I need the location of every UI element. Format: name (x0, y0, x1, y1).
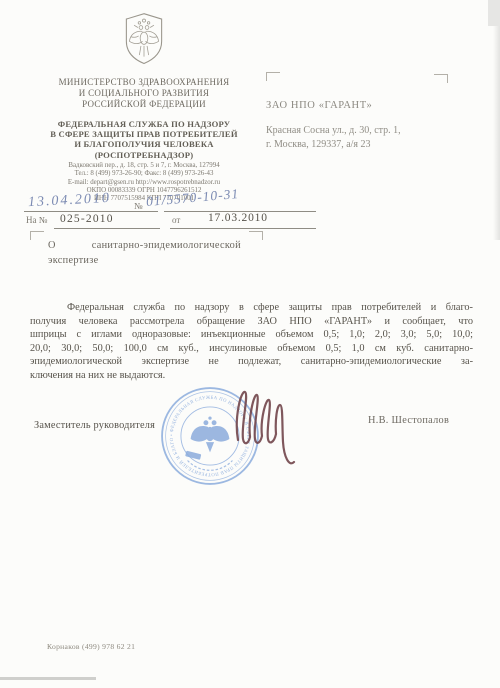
reference-block: 13.04.2010 № 01/5570-10-31 На № 025-2010… (24, 194, 296, 230)
contact-line: E-mail: depart@gsen.ru http://www.rospot… (28, 179, 260, 187)
recipient-address-line: Красная Сосна ул., д. 30, стр. 1, (266, 124, 448, 138)
body-line: шприцы с иглами одноразовые: инъекционны… (30, 328, 473, 342)
ot-label: от (172, 215, 180, 225)
body-line: получия человека рассмотрела обращение З… (30, 315, 473, 329)
corner-mark-top-right (249, 231, 263, 240)
service-line: В СФЕРЕ ЗАЩИТЫ ПРАВ ПОТРЕБИТЕЛЕЙ (28, 129, 260, 139)
service-line: И БЛАГОПОЛУЧИЯ ЧЕЛОВЕКА (28, 139, 260, 149)
subject-prefix: О (48, 240, 56, 251)
incoming-number-underline (54, 228, 160, 229)
ministry-name: МИНИСТЕРСТВО ЗДРАВООХРАНЕНИЯ И СОЦИАЛЬНО… (28, 77, 260, 110)
recipient-address-line: г. Москва, 129337, а/я 23 (266, 138, 448, 152)
body-line: 20,0; 30,0; 50,0; 100,0 см куб., инсулин… (30, 342, 473, 356)
recipient-name: ЗАО НПО «ГАРАНТ» (266, 100, 448, 111)
contact-line: Тел.: 8 (499) 973-26-90; Факс: 8 (499) 9… (28, 170, 260, 178)
ministry-line: МИНИСТЕРСТВО ЗДРАВООХРАНЕНИЯ (28, 77, 260, 88)
service-line: ФЕДЕРАЛЬНАЯ СЛУЖБА ПО НАДЗОРУ (28, 119, 260, 129)
incoming-date-underline (170, 228, 316, 229)
handwritten-outgoing-date: 13.04.2010 (28, 191, 112, 211)
russian-coat-of-arms-icon (121, 12, 167, 66)
ministry-line: РОССИЙСКОЙ ФЕДЕРАЦИИ (28, 99, 260, 110)
body-paragraph: Федеральная служба по надзору в сфере за… (30, 301, 473, 383)
letterhead: МИНИСТЕРСТВО ЗДРАВООХРАНЕНИЯ И СОЦИАЛЬНО… (28, 12, 260, 204)
signer-position: Заместитель руководителя (34, 420, 155, 431)
corner-mark-top-left (30, 231, 44, 240)
subject-block: Осанитарно-эпидемиологической экспертизе (30, 231, 263, 268)
federal-service-name: ФЕДЕРАЛЬНАЯ СЛУЖБА ПО НАДЗОРУ В СФЕРЕ ЗА… (28, 119, 260, 160)
executor-contact: Корнаков (499) 978 62 21 (47, 642, 135, 651)
service-line: (РОСПОТРЕБНАДЗОР) (28, 150, 260, 160)
signer-name: Н.В. Шестопалов (368, 415, 449, 426)
subject-text: Осанитарно-эпидемиологической экспертизе (48, 238, 263, 268)
number-sign-label: № (134, 201, 143, 211)
scanned-letter-page: МИНИСТЕРСТВО ЗДРАВООХРАНЕНИЯ И СОЦИАЛЬНО… (0, 0, 500, 688)
body-line: эпидемиологической экспертизе не подлежа… (30, 355, 473, 369)
incoming-number: 025-2010 (60, 213, 114, 225)
corner-mark-top-left (266, 72, 280, 81)
subject-line1: санитарно-эпидемиологической (92, 240, 241, 251)
incoming-date: 17.03.2010 (208, 212, 268, 224)
scan-edge-artifact (488, 0, 500, 26)
recipient-address: Красная Сосна ул., д. 30, стр. 1, г. Мос… (266, 124, 448, 151)
corner-mark-top-right (434, 74, 448, 83)
scan-edge-artifact (0, 677, 96, 680)
na-no-label: На № (26, 215, 47, 225)
ministry-line: И СОЦИАЛЬНОГО РАЗВИТИЯ (28, 88, 260, 99)
date-underline (24, 211, 158, 212)
recipient-block: ЗАО НПО «ГАРАНТ» Красная Сосна ул., д. 3… (266, 72, 448, 151)
handwritten-signature (230, 378, 308, 474)
scan-edge-artifact (493, 0, 500, 240)
subject-line2: экспертизе (48, 255, 98, 266)
body-line: Федеральная служба по надзору в сфере за… (30, 301, 473, 315)
contact-line: Вадковский пер., д. 18, стр. 5 и 7, г. М… (28, 162, 260, 170)
